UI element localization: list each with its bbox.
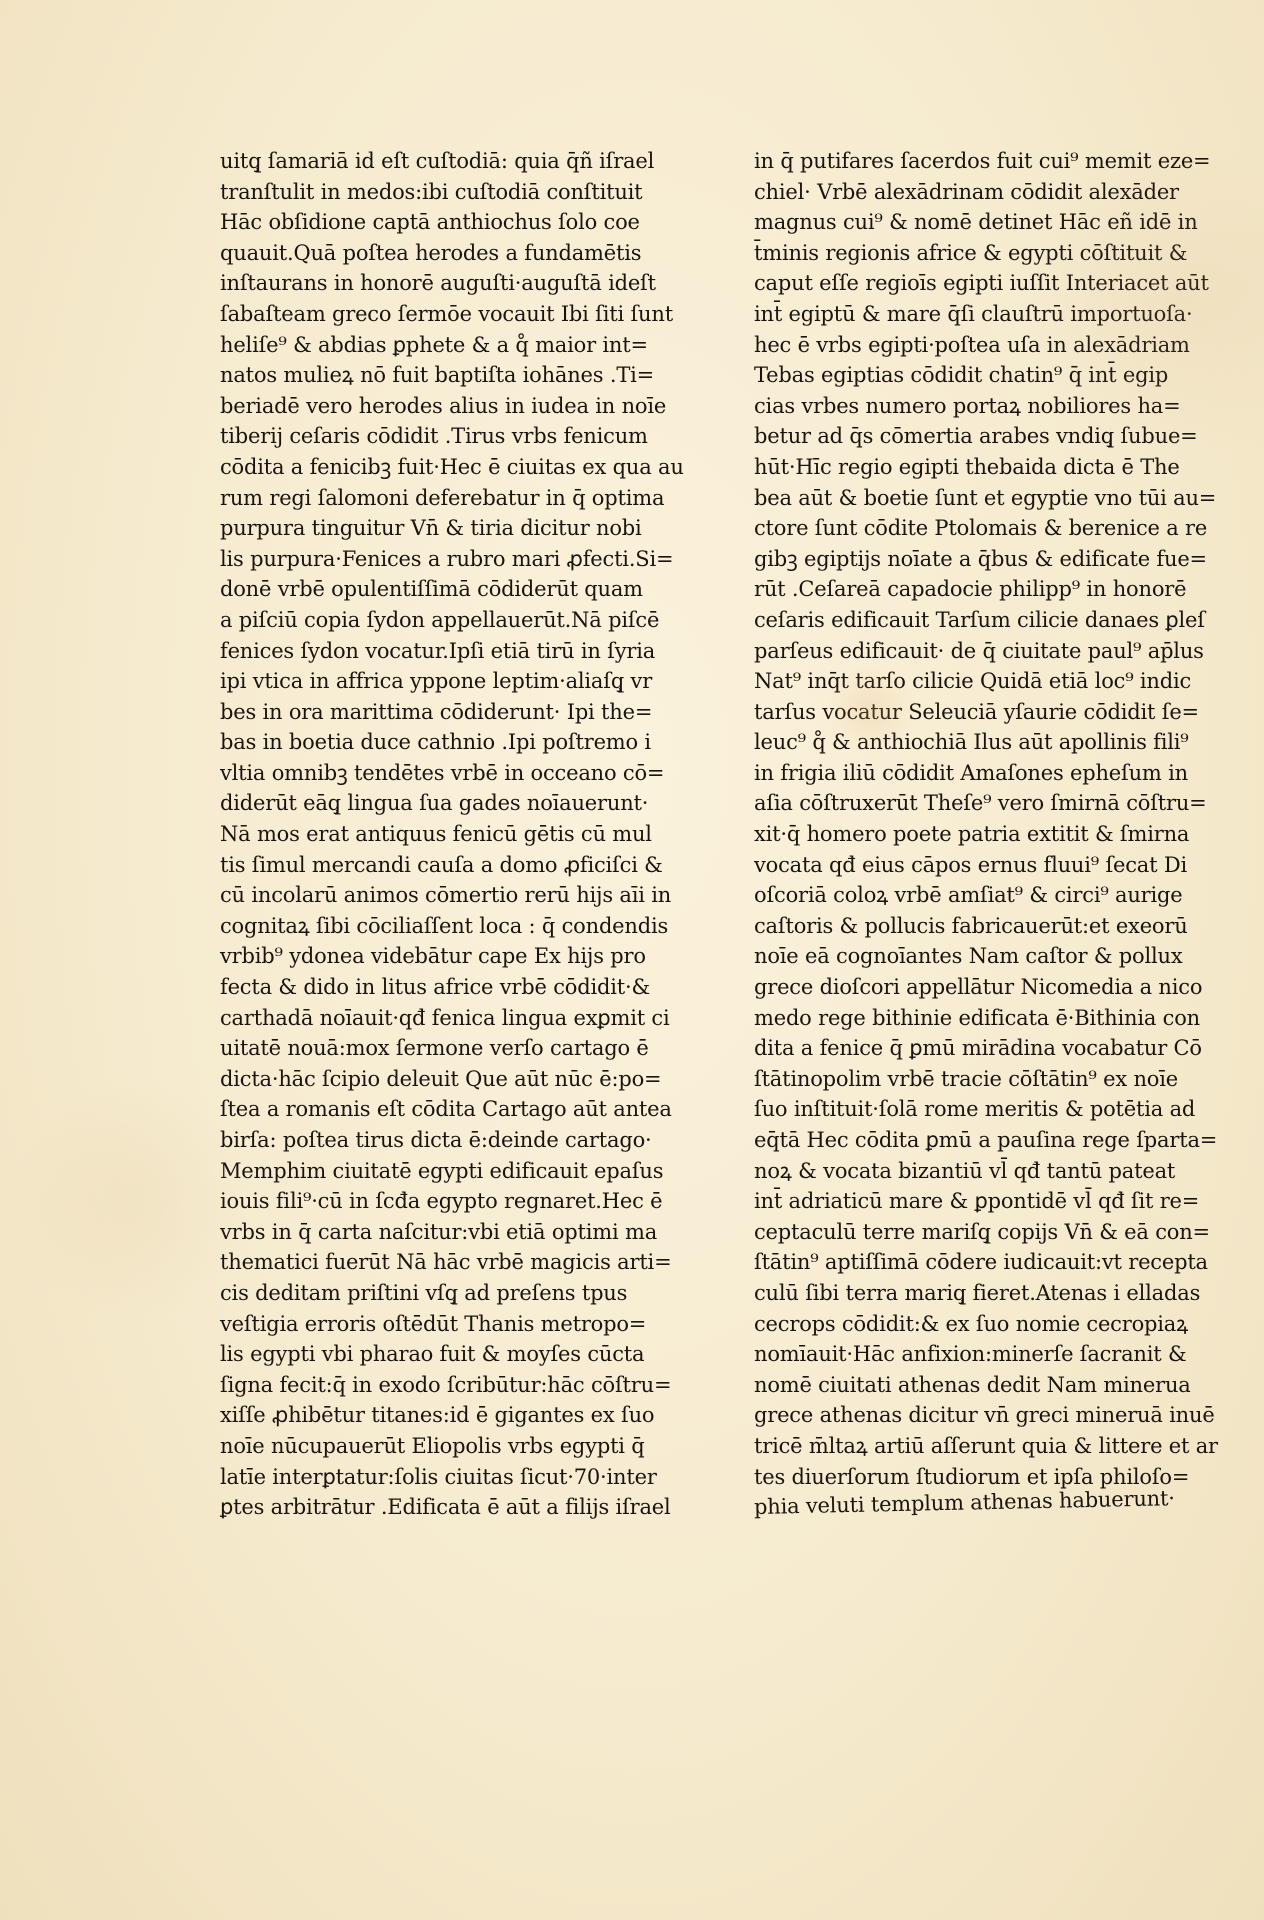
text-line: natos mulieꝝ nō fuit baptiſta iohānes .T… <box>220 360 690 391</box>
text-line: gibꝫ egiptijs noīate a q̄bus & edificate… <box>754 544 1214 575</box>
text-line: dicta·hāc ſcipio deleuit Que aūt nūc ē:p… <box>220 1064 690 1095</box>
text-line: vocata qđ eius cāpos ernus fluui⁹ ſecat … <box>754 850 1214 881</box>
text-line: a piſciū copia ſydon appellauerūt.Nā piſ… <box>220 605 690 636</box>
text-line: heliſe⁹ & abdias ꝑphete & a q̊ maior int… <box>220 330 690 361</box>
text-line: in q̄ putifares ſacerdos fuit cui⁹ memit… <box>754 146 1214 177</box>
text-line: ꝑtes arbitrātur .Edificata ē aūt a filij… <box>220 1492 690 1523</box>
text-line: beriadē vero herodes alius in iudea in n… <box>220 391 690 422</box>
text-line: birſa: poſtea tirus dicta ē:deinde carta… <box>220 1125 690 1156</box>
text-line: carthadā noīauit·qđ fenica lingua exꝑmit… <box>220 1003 690 1034</box>
text-line: Hāc obſidione captā anthiochus ſolo coe <box>220 207 690 238</box>
text-line: tricē m̄ltaꝝ artiū aſſerunt quia & litte… <box>754 1431 1214 1462</box>
text-line: quauit.Quā poſtea herodes a fundamētis <box>220 238 690 269</box>
text-line: bea aūt & boetie ſunt et egyptie vno tūi… <box>754 483 1214 514</box>
text-line: cognitaꝝ ſibi cōciliaſſent loca : q̄ con… <box>220 911 690 942</box>
text-line: veſtigia erroris oſtēdūt Thanis metropo= <box>220 1309 690 1340</box>
text-line: rum regi ſalomoni deferebatur in q̄ opti… <box>220 483 690 514</box>
text-line: donē vrbē opulentiſſimā cōdiderūt quam <box>220 574 690 605</box>
text-line: xit·q̄ homero poete patria extitit & ſmi… <box>754 819 1214 850</box>
text-line: Tebas egiptias cōdidit chatin⁹ q̄ int̄ e… <box>754 360 1214 391</box>
text-line: tis ſimul mercandi cauſa a domo ꝓficiſci… <box>220 850 690 881</box>
text-column-left: uitq̧ ſamariā id eſt cuſtodiā: quia q̄ñ … <box>220 146 690 1523</box>
text-line: ipi vtica in affrica yppone leptim·aliaſ… <box>220 666 690 697</box>
text-line: medo rege bithinie edificata ē·Bithinia … <box>754 1003 1214 1034</box>
text-line: grece dioſcori appellātur Nicomedia a ni… <box>754 972 1214 1003</box>
text-line: ceptaculū terre mariſq̧ copijs Vn̄ & eā … <box>754 1217 1214 1248</box>
text-line: cecrops cōdidit:& ex ſuo nomie cecropiaꝝ <box>754 1309 1214 1340</box>
text-line: tarſus vocatur Seleuciā yſaurie cōdidit … <box>754 697 1214 728</box>
text-line: fecta & dido in litus africe vrbē cōdidi… <box>220 972 690 1003</box>
text-line: diderūt eāq̧ lingua ſua gades noīauerunt… <box>220 788 690 819</box>
text-line: Nā mos erat antiquus fenicū gētis cū mul <box>220 819 690 850</box>
text-line: grece athenas dicitur vn̄ greci mineruā … <box>754 1400 1214 1431</box>
text-line: hūt·Hīc regio egipti thebaida dicta ē Th… <box>754 452 1214 483</box>
text-line: caſtoris & pollucis fabricauerūt:et exeo… <box>754 911 1214 942</box>
text-line: noīe eā cognoīantes Nam caſtor & pollux <box>754 941 1214 972</box>
text-line: ſuo inſtituit·ſolā rome meritis & potēti… <box>754 1094 1214 1125</box>
text-line: leuc⁹ q̊ & anthiochiā Ilus aūt apollinis… <box>754 727 1214 758</box>
text-line: tiberij ceſaris cōdidit .Tirus vrbs feni… <box>220 421 690 452</box>
text-line: rūt .Ceſareā capadocie philipp⁹ in honor… <box>754 574 1214 605</box>
text-line: ſabaſteam greco ſermōe vocauit Ibi ſiti … <box>220 299 690 330</box>
text-line: noꝝ & vocata bizantiū vl̄ qđ tantū patea… <box>754 1156 1214 1187</box>
text-line: cias vrbes numero portaꝝ nobiliores ha= <box>754 391 1214 422</box>
text-line: chiel· Vrbē alexādrinam cōdidit alexāder <box>754 177 1214 208</box>
text-line: uitq̧ ſamariā id eſt cuſtodiā: quia q̄ñ … <box>220 146 690 177</box>
text-line: parſeus edificauit· de q̄ ciuitate paul⁹… <box>754 636 1214 667</box>
text-line: thematici fuerūt Nā hāc vrbē magicis art… <box>220 1247 690 1278</box>
text-line: ſtea a romanis eſt cōdita Cartago aūt an… <box>220 1094 690 1125</box>
book-page: uitq̧ ſamariā id eſt cuſtodiā: quia q̄ñ … <box>0 0 1264 1920</box>
text-line: noīe nūcupauerūt Eliopolis vrbs egypti q… <box>220 1431 690 1462</box>
text-line: cis deditam priſtini vſq̧ ad preſens tpu… <box>220 1278 690 1309</box>
text-line: magnus cui⁹ & nomē detinet Hāc eñ idē in <box>754 207 1214 238</box>
text-line: ſigna fecit:q̄ in exodo ſcribūtur:hāc cō… <box>220 1370 690 1401</box>
text-line: Nat⁹ inq̄t tarſo cilicie Quidā etiā loc⁹… <box>754 666 1214 697</box>
text-line: purpura tinguitur Vn̄ & tiria dicitur no… <box>220 513 690 544</box>
text-line: lis egypti vbi pharao fuit & moyſes cūct… <box>220 1339 690 1370</box>
text-line: culū ſibi terra mariq̧ fieret.Atenas i e… <box>754 1278 1214 1309</box>
text-line: inſtaurans in honorē auguſti·auguſtā ide… <box>220 268 690 299</box>
text-line: hec ē vrbs egipti·poſtea uſa in alexādri… <box>754 330 1214 361</box>
text-line: ctore ſunt cōdite Ptolomais & berenice a… <box>754 513 1214 544</box>
text-line: t̄minis regionis africe & egypti cōſtitu… <box>754 238 1214 269</box>
text-line: oſcoriā coloꝝ vrbē amſiat⁹ & circi⁹ auri… <box>754 880 1214 911</box>
text-line: vrbs in q̄ carta naſcitur:vbi etiā optim… <box>220 1217 690 1248</box>
text-line: bas in boetia duce cathnio .Ipi poſtremo… <box>220 727 690 758</box>
text-line: int̄ adriaticū mare & ꝑpontidē vl̄ qđ ſi… <box>754 1186 1214 1217</box>
text-line: latīe interꝑtatur:ſolis ciuitas ſicut·70… <box>220 1462 690 1493</box>
text-line: int̄ egiptū & mare q̄ſi clauſtrū importu… <box>754 299 1214 330</box>
text-line: vrbib⁹ ydonea videbātur cape Ex hijs pro <box>220 941 690 972</box>
text-line: ſtātinopolim vrbē tracie cōſtātin⁹ ex no… <box>754 1064 1214 1095</box>
text-line: vltia omnibꝫ tendētes vrbē in occeano cō… <box>220 758 690 789</box>
text-line: lis purpura·Fenices a rubro mari ꝓfecti.… <box>220 544 690 575</box>
text-line: ceſaris edificauit Tarſum cilicie danaes… <box>754 605 1214 636</box>
text-line: nomīauit·Hāc anfixion:minerſe ſacranit & <box>754 1339 1214 1370</box>
text-line: ſtātin⁹ aptiſſimā cōdere iudicauit:vt re… <box>754 1247 1214 1278</box>
text-line: bes in ora marittima cōdiderunt· Ipi the… <box>220 697 690 728</box>
text-line: cōdita a fenicibꝫ fuit·Hec ē ciuitas ex … <box>220 452 690 483</box>
text-line: nomē ciuitati athenas dedit Nam minerua <box>754 1370 1214 1401</box>
text-line: xiſſe ꝓhibētur titanes:id ē gigantes ex … <box>220 1400 690 1431</box>
text-line: cū incolarū animos cōmertio rerū hijs aī… <box>220 880 690 911</box>
text-line: fenices ſydon vocatur.Ipſi etiā tirū in … <box>220 636 690 667</box>
text-line: aſia cōſtruxerūt Theſe⁹ vero ſmirnā cōſt… <box>754 788 1214 819</box>
text-line: eq̄tā Hec cōdita ꝑmū a pauſina rege ſpar… <box>754 1125 1214 1156</box>
text-line: tranſtulit in medos:ibi cuſtodiā conſtit… <box>220 177 690 208</box>
text-line: caput eſſe regioīs egipti iuſſit Interia… <box>754 268 1214 299</box>
text-line: dita a fenice q̄ ꝑmū mirādina vocabatur … <box>754 1033 1214 1064</box>
text-line: iouis fili⁹·cū in ſcđa egypto regnaret.H… <box>220 1186 690 1217</box>
text-line: betur ad q̄s cōmertia arabes vndiq̧ ſubu… <box>754 421 1214 452</box>
text-column-right: in q̄ putifares ſacerdos fuit cui⁹ memit… <box>754 146 1214 1523</box>
text-line: uitatē nouā:mox ſermone verſo cartago ē <box>220 1033 690 1064</box>
text-line: in frigia iliū cōdidit Amaſones epheſum … <box>754 758 1214 789</box>
text-line: Memphim ciuitatē egypti edificauit epaſu… <box>220 1156 690 1187</box>
